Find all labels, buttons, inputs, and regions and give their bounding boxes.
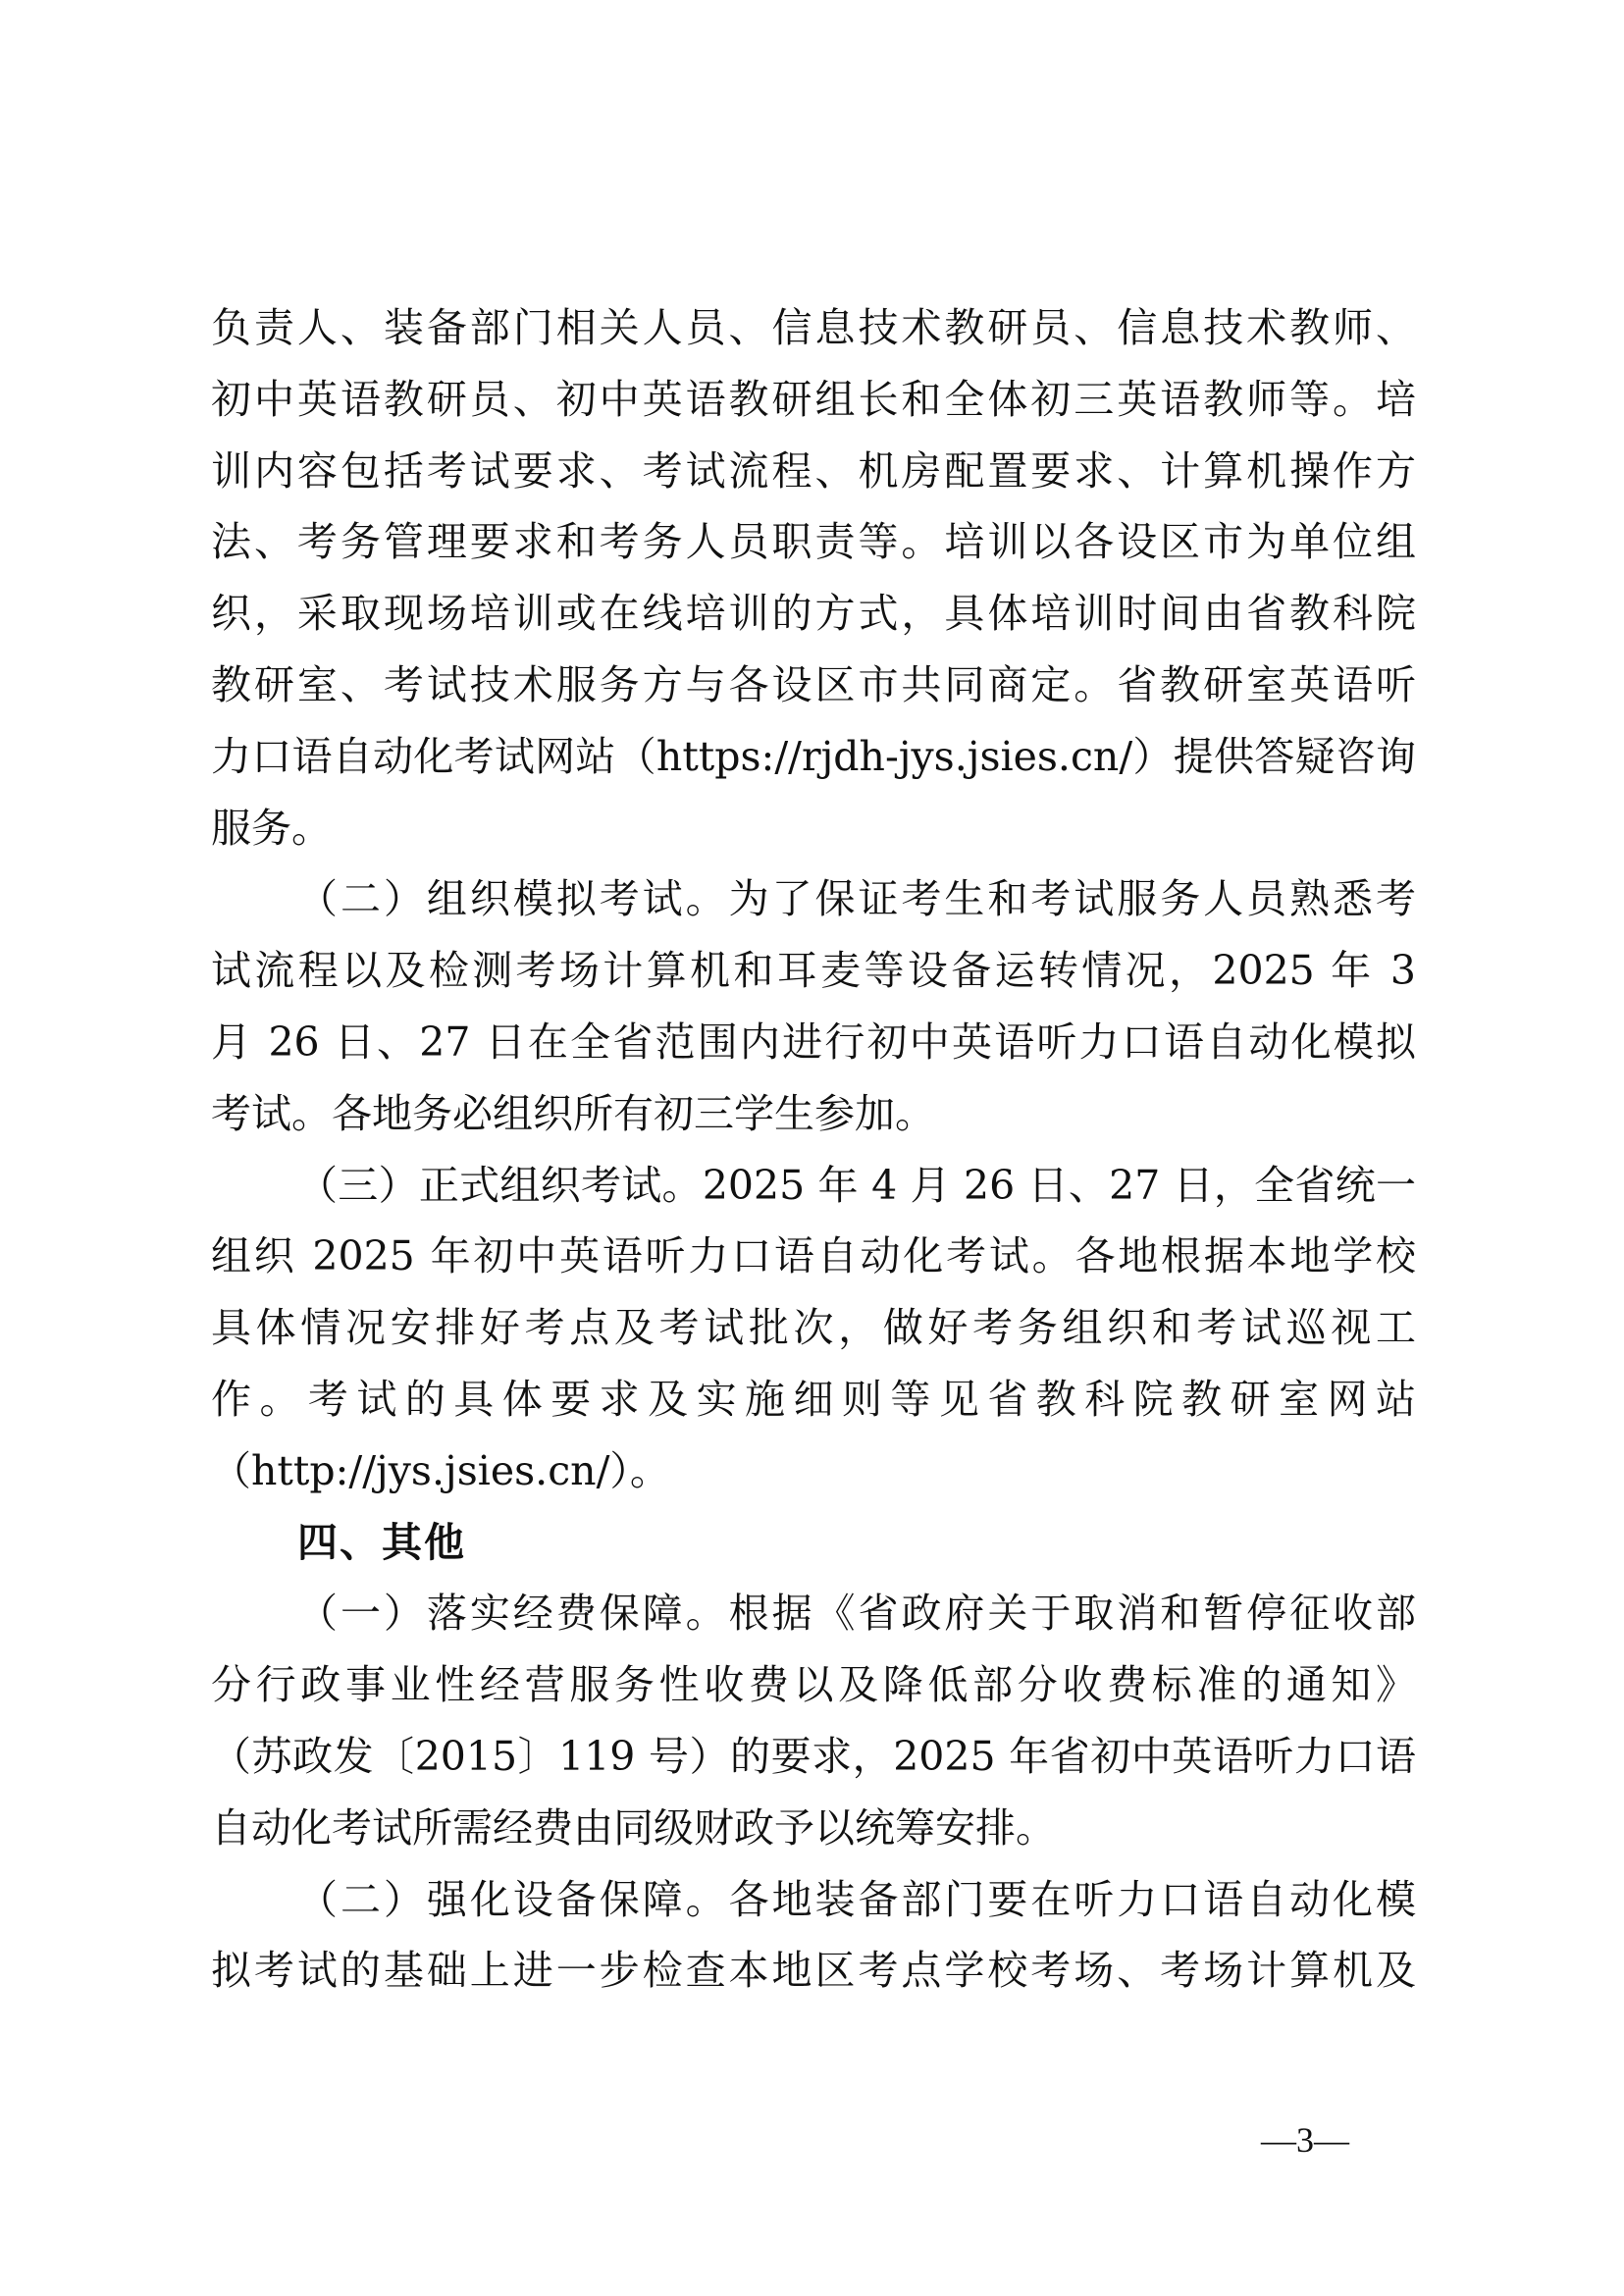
page-number: —3—	[1261, 2119, 1349, 2161]
subsection-title: （一）落实经费保障。	[297, 1590, 729, 1637]
body-line: 训内容包括考试要求、考试流程、机房配置要求、计算机操作方	[211, 436, 1416, 507]
body-line: 具体情况安排好考点及考试批次，做好考务组织和考试巡视工	[211, 1292, 1416, 1364]
body-line: 拟考试的基础上进一步检查本地区考点学校考场、考场计算机及	[211, 1935, 1416, 2007]
subsection-funding: （一）落实经费保障。根据《省政府关于取消和暂停征收部	[211, 1578, 1416, 1649]
body-line: 初中英语教研员、初中英语教研组长和全体初三英语教师等。培	[211, 364, 1416, 436]
subsection-title: （三）正式组织考试。	[297, 1162, 703, 1209]
subsection-formal-exam: （三）正式组织考试。2025 年 4 月 26 日、27 日，全省统一	[211, 1150, 1416, 1222]
paragraph-end-line: 考试。各地务必组织所有初三学生参加。	[211, 1078, 1416, 1150]
section-heading-other: 四、其他	[211, 1507, 1416, 1579]
body-line: 织，采取现场培训或在线培训的方式，具体培训时间由省教科院	[211, 578, 1416, 650]
body-line-with-url: 力口语自动化考试网站（https://rjdh-jys.jsies.cn/）提供…	[211, 721, 1416, 793]
subsection-text: 为了保证考生和考试服务人员熟悉考	[729, 875, 1416, 922]
body-line: 教研室、考试技术服务方与各设区市共同商定。省教研室英语听	[211, 650, 1416, 721]
subsection-equipment: （二）强化设备保障。各地装备部门要在听力口语自动化模	[211, 1864, 1416, 1936]
paragraph-end-line-url: （http://jys.jsies.cn/）。	[211, 1435, 1416, 1507]
body-line: 组织 2025 年初中英语听力口语自动化考试。各地根据本地学校	[211, 1221, 1416, 1292]
document-body: 负责人、装备部门相关人员、信息技术教研员、信息技术教师、 初中英语教研员、初中英…	[211, 292, 1416, 2007]
paragraph-end-line: 自动化考试所需经费由同级财政予以统筹安排。	[211, 1793, 1416, 1864]
subsection-text: 根据《省政府关于取消和暂停征收部	[729, 1590, 1416, 1637]
body-line: 负责人、装备部门相关人员、信息技术教研员、信息技术教师、	[211, 292, 1416, 364]
body-line: 作。考试的具体要求及实施细则等见省教科院教研室网站	[211, 1364, 1416, 1435]
body-line: （苏政发〔2015〕119 号）的要求，2025 年省初中英语听力口语	[211, 1721, 1416, 1793]
paragraph-end-line: 服务。	[211, 793, 1416, 864]
body-line: 分行政事业性经营服务性收费以及降低部分收费标准的通知》	[211, 1649, 1416, 1721]
document-page: 负责人、装备部门相关人员、信息技术教研员、信息技术教师、 初中英语教研员、初中英…	[0, 0, 1624, 2296]
subsection-text: 各地装备部门要在听力口语自动化模	[729, 1876, 1416, 1923]
body-line: 法、考务管理要求和考务人员职责等。培训以各设区市为单位组	[211, 506, 1416, 578]
body-line: 试流程以及检测考场计算机和耳麦等设备运转情况，2025 年 3	[211, 935, 1416, 1007]
body-line: 月 26 日、27 日在全省范围内进行初中英语听力口语自动化模拟	[211, 1007, 1416, 1078]
subsection-title: （二）组织模拟考试。	[297, 875, 729, 922]
subsection-title: （二）强化设备保障。	[297, 1876, 729, 1923]
subsection-text: 2025 年 4 月 26 日、27 日，全省统一	[703, 1162, 1416, 1209]
subsection-mock-exam: （二）组织模拟考试。为了保证考生和考试服务人员熟悉考	[211, 863, 1416, 935]
